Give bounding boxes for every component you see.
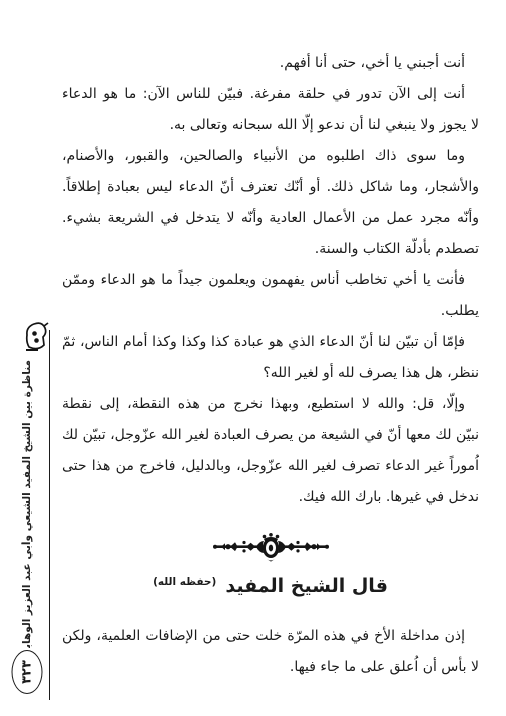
text-line: لا يجوز ولا ينبغي لنا أن ندعو إلّا الله … (62, 110, 479, 141)
page-number-badge: ٣٢٣ (12, 650, 43, 694)
main-text-column: أنت أجبني يا أخي، حتى أنا أفهم.أنت إلى ا… (62, 48, 479, 683)
body-text-after-heading: إذن مداخلة الأخ في هذه المرّة خلت حتى من… (62, 621, 479, 683)
text-line: ننظر، هل هذا يصرف لله أو لغير الله؟ (62, 358, 479, 389)
text-line: أنت إلى الآن تدور في حلقة مفرغة. فبيّن ل… (62, 79, 479, 110)
text-line: فإمّا أن تبيّن لنا أنّ الدعاء الذي هو عب… (62, 327, 479, 358)
text-line: أنت أجبني يا أخي، حتى أنا أفهم. (62, 48, 479, 79)
section-heading: قال الشيخ المفيد (حفظه الله) (62, 569, 479, 603)
section-divider (62, 527, 479, 567)
text-line: ندخل في غيرها. بارك الله فيك. (62, 482, 479, 513)
text-line: لا بأس أن اُعلق على ما جاء فيها. (62, 652, 479, 683)
text-line: وما سوى ذاك اطلبوه من الأنبياء والصالحين… (62, 141, 479, 172)
speaker-name: قال الشيخ المفيد (225, 575, 388, 597)
text-line: وأنّه مجرد عمل من الأعمال العادية وأنّه … (62, 203, 479, 234)
sidebar-vertical-strip: مناظرة بين الشيخ المفيد الشيعي وأبي عبد … (8, 338, 46, 702)
text-line: إذن مداخلة الأخ في هذه المرّة خلت حتى من… (62, 621, 479, 652)
book-page: أنت أجبني يا أخي، حتى أنا أفهم.أنت إلى ا… (0, 0, 506, 716)
text-line: والأشجار، وما شاكل ذلك. أو أنّك تعترف أن… (62, 172, 479, 203)
text-line: نبيّن لك معها أنّ في الشيعة من يصرف العب… (62, 420, 479, 451)
honorific: (حفظه الله) (153, 576, 216, 588)
floral-medallion-divider-icon (210, 532, 332, 562)
body-text-before-divider: أنت أجبني يا أخي، حتى أنا أفهم.أنت إلى ا… (62, 48, 479, 513)
text-line: يطلب. (62, 296, 479, 327)
text-line: اُموراً غير الدعاء تصرف لغير الله عزّوجل… (62, 451, 479, 482)
sidebar-divider-rule (49, 330, 50, 700)
running-title: مناظرة بين الشيخ المفيد الشيعي وأبي عبد … (21, 360, 33, 648)
text-line: وإلّا، قل: والله لا استطيع، وبهذا نخرج م… (62, 389, 479, 420)
page-number: ٣٢٣ (20, 660, 35, 684)
text-line: تصطدم بأدلّة الكتاب والسنة. (62, 234, 479, 265)
text-line: فأنت يا أخي تخاطب أناس يفهمون ويعلمون جي… (62, 265, 479, 296)
